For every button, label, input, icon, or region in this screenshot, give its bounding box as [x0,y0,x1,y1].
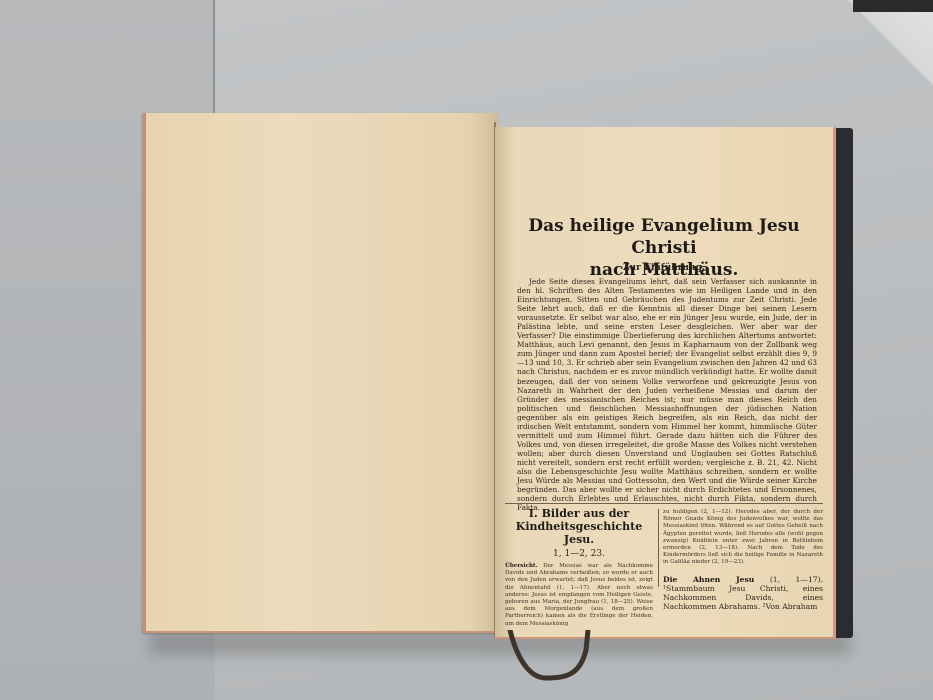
background-corner-dark [853,0,933,12]
introduction-heading: Zur Einführung. [495,263,833,273]
summary-left-text: Der Messias war als Nachkomme Davids und… [505,563,653,627]
left-page [143,113,498,633]
section-summary-right: zu huldigen (2, 1—12). Herodes aber, der… [663,509,823,567]
title-line-1: Das heilige Evangelium Jesu Christi [495,215,833,259]
background-corner-paper [833,0,933,110]
bookmark-ribbon [506,630,596,685]
right-page: Das heilige Evangelium Jesu Christi nach… [495,127,836,639]
genealogy-heading: Die Ahnen Jesu [663,575,754,584]
section-heading: I. Bilder aus der Kindheitsgeschichte Je… [505,507,653,546]
genealogy-passage: Die Ahnen Jesu (1, 1—17). ¹Stammbaum Jes… [663,575,823,612]
section-divider [505,503,823,504]
book-cover-edge [835,128,853,638]
section-reference: 1, 1—2, 23. [505,549,653,559]
section-right-column: zu huldigen (2, 1—12). Herodes aber, der… [663,509,823,611]
genealogy-reference: (1, 1—17). [770,575,823,584]
introduction-text: Jede Seite dieses Evangeliums lehrt, daß… [517,277,817,512]
section-summary-left: Übersicht. Der Messias war als Nachkomme… [505,563,653,628]
section-left-column: I. Bilder aus der Kindheitsgeschichte Je… [505,507,653,628]
summary-label: Übersicht. [505,563,538,569]
verse-text: ¹Stammbaum Jesu Christi, eines Nachkomme… [663,584,823,611]
column-divider [658,509,659,587]
